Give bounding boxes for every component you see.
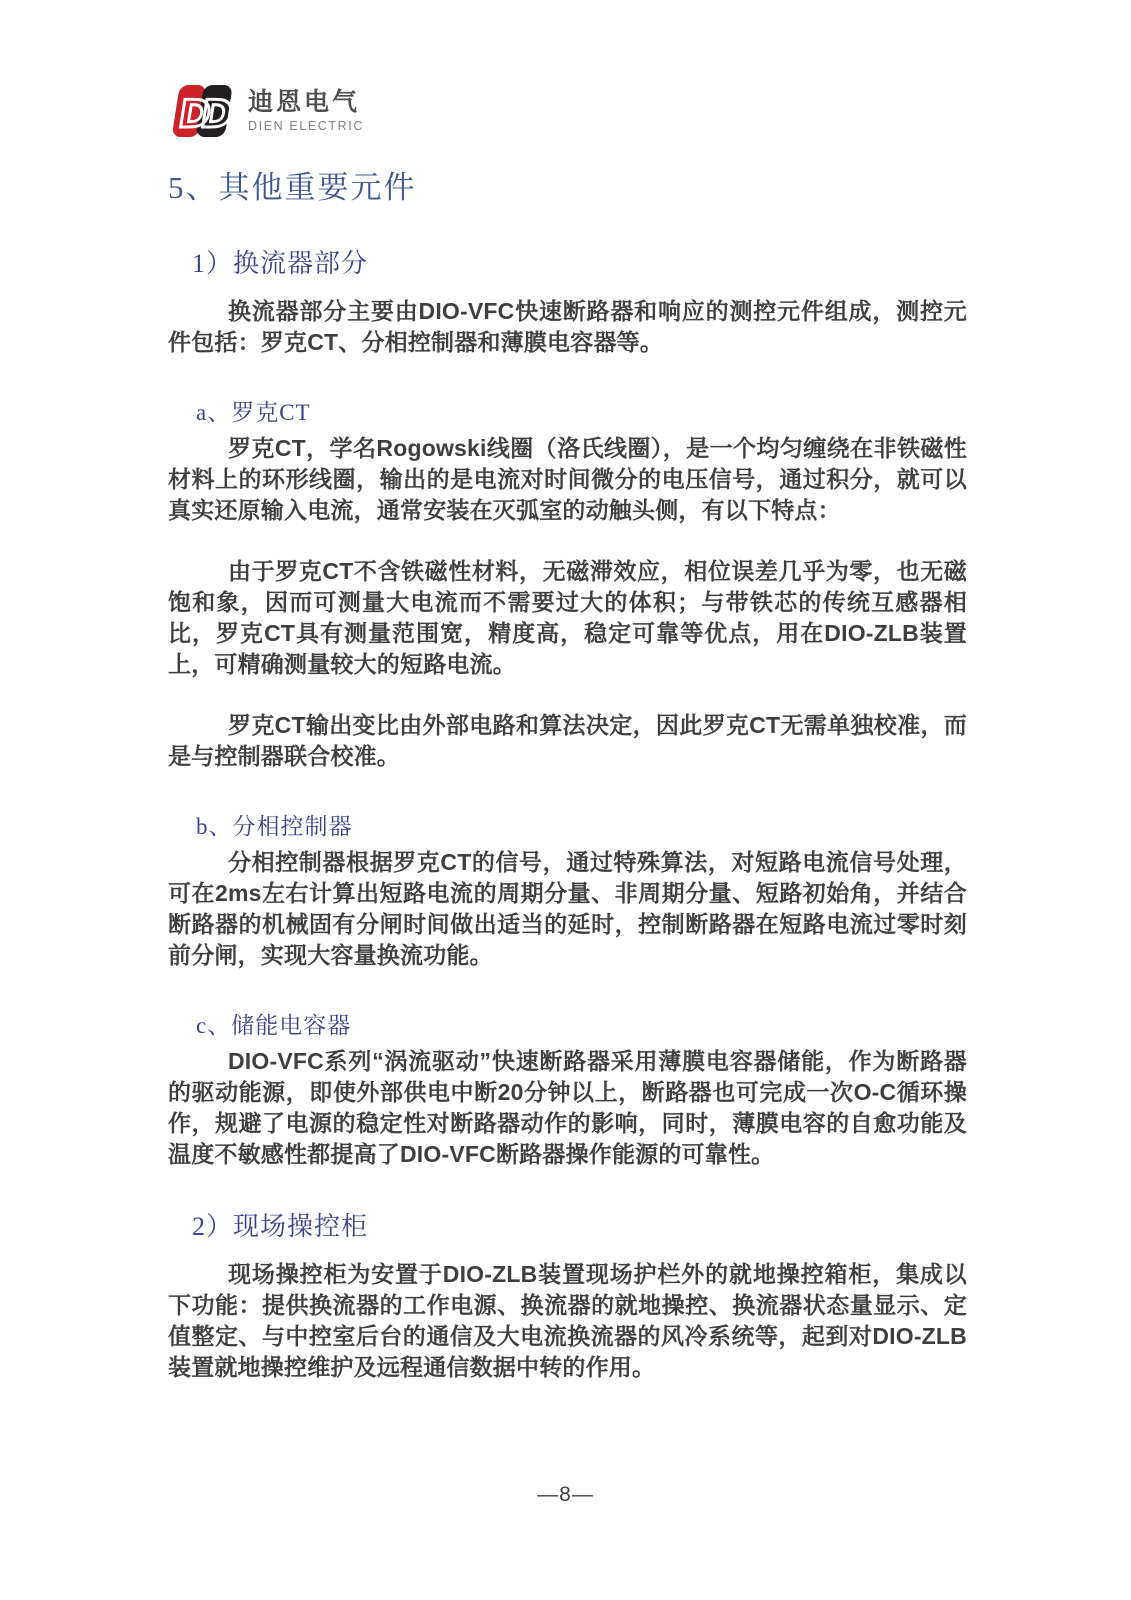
company-logo: D D 迪恩电气 DIEN ELECTRIC bbox=[168, 78, 967, 144]
brand-name: 迪恩电气 bbox=[248, 89, 364, 117]
document-page: D D 迪恩电气 DIEN ELECTRIC 5、其他重要元件 1）换流器部分 … bbox=[0, 0, 1131, 1600]
brand-tagline: DIEN ELECTRIC bbox=[248, 119, 364, 133]
sub-a-paragraph-1: 罗克CT，学名Rogowski线圈（洛氏线圈），是一个均匀缠绕在非铁磁性材料上的… bbox=[168, 433, 967, 526]
sub-b-heading: b、分相控制器 bbox=[168, 808, 967, 841]
sub-a-paragraph-3: 罗克CT输出变比由外部电路和算法决定，因此罗克CT无需单独校准，而是与控制器联合… bbox=[168, 710, 967, 772]
section2-heading: 2）现场操控柜 bbox=[168, 1206, 967, 1243]
sub-b-paragraph-1: 分相控制器根据罗克CT的信号，通过特殊算法，对短路电流信号处理，可在2ms左右计… bbox=[168, 847, 967, 971]
page-footer: —8— bbox=[0, 1483, 1131, 1507]
page-title: 5、其他重要元件 bbox=[168, 162, 967, 207]
dien-electric-logo-icon: D D bbox=[168, 82, 234, 140]
svg-text:D: D bbox=[198, 93, 234, 137]
section1-heading: 1）换流器部分 bbox=[168, 243, 967, 280]
sub-c-paragraph-1: DIO-VFC系列“涡流驱动”快速断路器采用薄膜电容器储能，作为断路器的驱动能源… bbox=[168, 1046, 967, 1170]
page-number: —8— bbox=[537, 1483, 594, 1506]
sub-c-heading: c、储能电容器 bbox=[168, 1007, 967, 1040]
sub-a-heading: a、罗克CT bbox=[168, 394, 967, 427]
section1-intro-paragraph: 换流器部分主要由DIO-VFC快速断路器和响应的测控元件组成，测控元件包括：罗克… bbox=[168, 296, 967, 358]
section2-paragraph-1: 现场操控柜为安置于DIO-ZLB装置现场护栏外的就地操控箱柜，集成以下功能：提供… bbox=[168, 1259, 967, 1383]
sub-a-paragraph-2: 由于罗克CT不含铁磁性材料，无磁滞效应，相位误差几乎为零，也无磁饱和象，因而可测… bbox=[168, 556, 967, 680]
brand-block: 迪恩电气 DIEN ELECTRIC bbox=[248, 89, 364, 134]
